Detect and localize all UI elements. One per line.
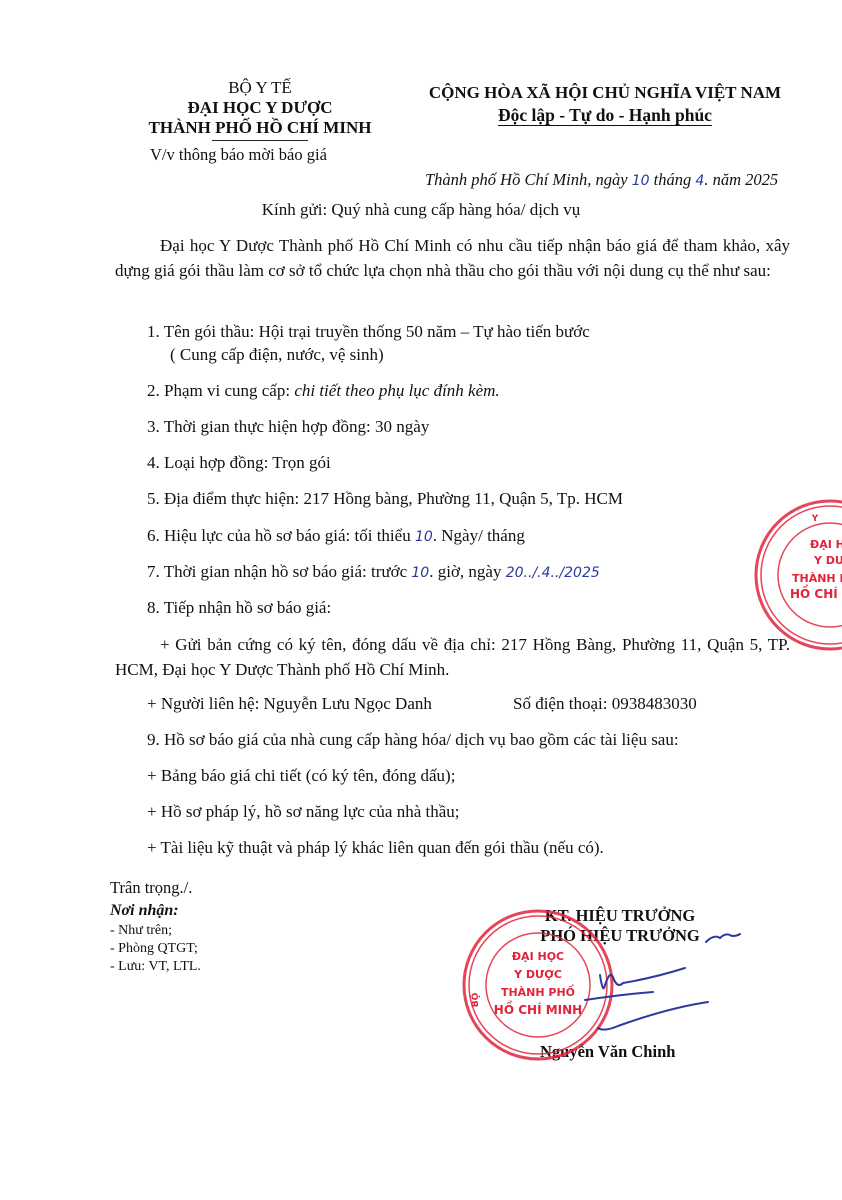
svg-text:Y: Y	[811, 514, 819, 524]
page-seal-stamp-icon: ĐẠI HỌC Y DƯỢC THÀNH PHỐ HỒ CHÍ MINH Y	[756, 501, 842, 649]
intro-paragraph: Đại học Y Dược Thành phố Hồ Chí Minh có …	[115, 233, 790, 283]
item-2: 2. Phạm vi cung cấp: chi tiết theo phụ l…	[147, 381, 500, 401]
item-1: 1. Tên gói thầu: Hội trại truyền thống 5…	[147, 322, 590, 342]
item-9: 9. Hồ sơ báo giá của nhà cung cấp hàng h…	[147, 730, 679, 750]
national-motto: Độc lập - Tự do - Hạnh phúc	[420, 104, 790, 126]
item-8: 8. Tiếp nhận hồ sơ báo giá:	[147, 598, 331, 618]
item-8-phone: Số điện thoại: 0938483030	[513, 694, 697, 714]
item-6: 6. Hiệu lực của hồ sơ báo giá: tối thiểu…	[147, 526, 525, 546]
university-name-line2: THÀNH PHỐ HỒ CHÍ MINH	[110, 118, 410, 138]
handwritten-validity: 10	[415, 529, 433, 545]
nation-title: CỘNG HÒA XÃ HỘI CHỦ NGHĨA VIỆT NAM	[420, 82, 790, 104]
header-divider	[212, 140, 308, 141]
item-3: 3. Thời gian thực hiện hợp đồng: 30 ngày	[147, 417, 429, 437]
handwritten-month: 4	[695, 173, 704, 189]
issuer-block: BỘ Y TẾ ĐẠI HỌC Y DƯỢC THÀNH PHỐ HỒ CHÍ …	[110, 78, 410, 141]
handwritten-day: 10	[632, 173, 650, 189]
university-name-line1: ĐẠI HỌC Y DƯỢC	[110, 98, 410, 118]
item-9-a: + Bảng báo giá chi tiết (có ký tên, đóng…	[147, 766, 455, 786]
item-5: 5. Địa điểm thực hiện: 217 Hồng bàng, Ph…	[147, 489, 623, 509]
svg-text:BỘ: BỘ	[470, 992, 481, 1007]
recipient-item: - Phòng QTGT;	[110, 940, 198, 957]
item-8-address: + Gửi bản cứng có ký tên, đóng dấu về đị…	[115, 632, 790, 682]
closing: Trân trọng./.	[110, 878, 192, 898]
document-subject: V/v thông báo mời báo giá	[150, 145, 327, 165]
signer-name: Nguyễn Văn Chinh	[540, 1042, 675, 1062]
handwritten-deadline-date: 20../.4../2025	[506, 565, 600, 581]
svg-text:Y DƯỢC: Y DƯỢC	[813, 554, 842, 567]
national-header: CỘNG HÒA XÃ HỘI CHỦ NGHĨA VIỆT NAM Độc l…	[420, 82, 790, 126]
svg-text:ĐẠI HỌC: ĐẠI HỌC	[810, 538, 842, 551]
svg-text:THÀNH PHỐ: THÀNH PHỐ	[792, 570, 842, 585]
svg-text:HỒ CHÍ MINH: HỒ CHÍ MINH	[790, 584, 842, 601]
item-7: 7. Thời gian nhận hồ sơ báo giá: trước 1…	[147, 562, 600, 582]
svg-text:Y DƯỢC: Y DƯỢC	[513, 968, 562, 981]
recipient-item: - Lưu: VT, LTL.	[110, 958, 201, 975]
recipients-title: Nơi nhận:	[110, 902, 179, 920]
recipient-item: - Như trên;	[110, 922, 172, 939]
svg-text:HỒ CHÍ MINH: HỒ CHÍ MINH	[494, 1000, 582, 1017]
item-1-detail: ( Cung cấp điện, nước, vệ sinh)	[170, 345, 384, 365]
ministry-name: BỘ Y TẾ	[110, 78, 410, 98]
item-4: 4. Loại hợp đồng: Trọn gói	[147, 453, 331, 473]
svg-text:ĐẠI HỌC: ĐẠI HỌC	[512, 950, 564, 963]
signature-title-2: PHÓ HIỆU TRƯỞNG	[520, 926, 720, 946]
item-9-c: + Tài liệu kỹ thuật và pháp lý khác liên…	[147, 838, 604, 858]
item-9-b: + Hồ sơ pháp lý, hồ sơ năng lực của nhà …	[147, 802, 460, 822]
salutation: Kính gửi: Quý nhà cung cấp hàng hóa/ dịc…	[0, 200, 842, 220]
signature-icon	[585, 934, 740, 1030]
document-date: Thành phố Hồ Chí Minh, ngày 10 tháng 4. …	[425, 170, 778, 190]
signature-title-1: KT. HIỆU TRƯỞNG	[520, 906, 720, 926]
item-8-contact: + Người liên hệ: Nguyễn Lưu Ngọc Danh	[147, 694, 432, 714]
handwritten-hour: 10	[411, 565, 429, 581]
svg-text:THÀNH PHỐ: THÀNH PHỐ	[501, 984, 575, 999]
